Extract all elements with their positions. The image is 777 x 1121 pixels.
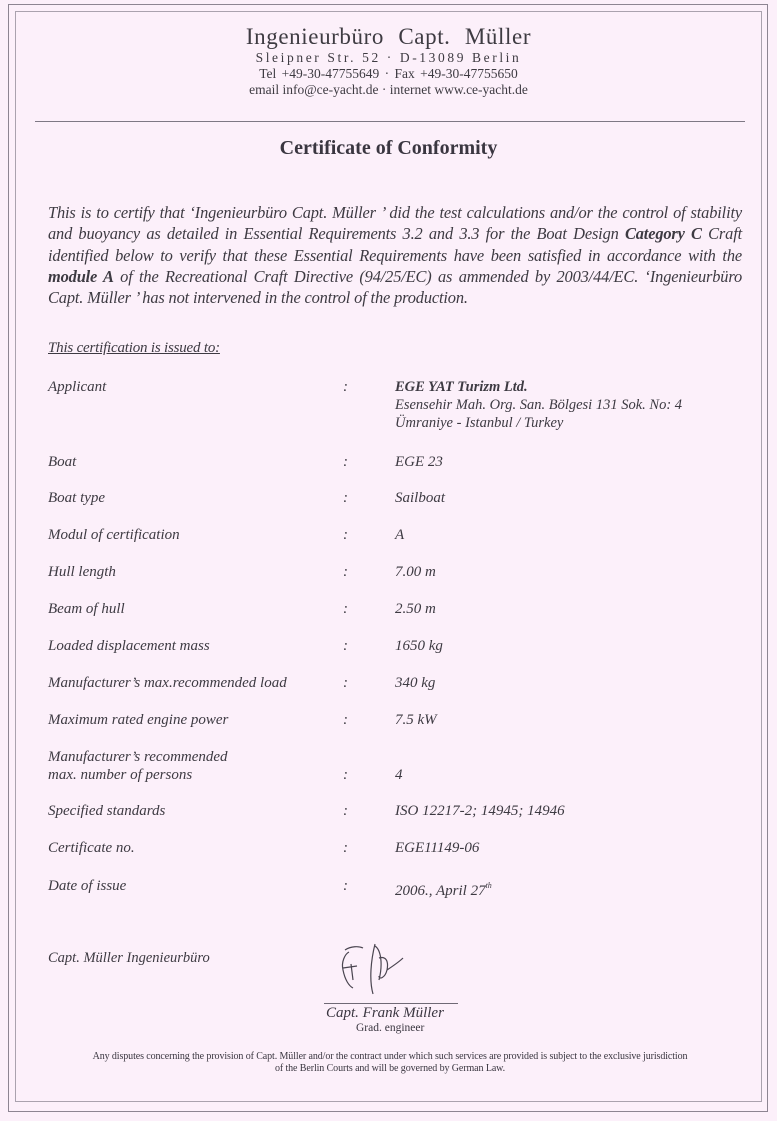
field-value: 1650 kg (395, 637, 443, 655)
statement-text: of the Recreational Craft Directive (94/… (48, 267, 742, 307)
applicant-value: EGE YAT Turizm Ltd. Esensehir Mah. Org. … (395, 378, 682, 432)
field-value-text: A (395, 527, 404, 543)
field-value: 2.50 m (395, 600, 436, 618)
field-separator: : (343, 802, 348, 820)
field-label: Applicant (48, 378, 106, 396)
field-label: Beam of hull (48, 600, 125, 618)
field-label: Hull length (48, 563, 116, 581)
signatory-title: Grad. engineer (356, 1022, 424, 1034)
certification-statement: This is to certify that ‘Ingenieurbüro C… (48, 202, 742, 308)
field-value: Sailboat (395, 489, 445, 507)
letterhead: Ingenieurbüro Capt. Müller Sleipner Str.… (0, 24, 777, 98)
field-label-line: Manufacturer’s recommended (48, 748, 228, 766)
applicant-address-line2: Ümraniye - Istanbul / Turkey (395, 414, 682, 432)
field-value: EGE11149-06 (395, 839, 479, 857)
field-value: 340 kg (395, 674, 435, 692)
issued-to-heading: This certification is issued to: (48, 340, 220, 357)
signatory-company: Capt. Müller Ingenieurbüro (48, 950, 210, 967)
field-separator: : (343, 766, 348, 784)
field-label: Loaded displacement mass (48, 637, 210, 655)
company-phone-fax: Tel +49-30-47755649 · Fax +49-30-4775565… (0, 66, 777, 82)
field-value-text: Sailboat (395, 490, 445, 506)
header-divider (35, 121, 745, 122)
ordinal-suffix: th (486, 881, 492, 890)
field-value: 4 (395, 766, 403, 784)
field-value-text: EGE11149-06 (395, 840, 479, 856)
signatory-name: Capt. Frank Müller (326, 1005, 444, 1022)
field-value: EGE 23 (395, 453, 443, 471)
field-value: A (395, 526, 404, 544)
company-address: Sleipner Str. 52 · D-13089 Berlin (0, 50, 777, 66)
field-value-text: 1650 kg (395, 638, 443, 654)
field-separator: : (343, 839, 348, 857)
field-value: 2006., April 27th (395, 877, 492, 900)
field-label: Specified standards (48, 802, 165, 820)
field-value-text: ISO 12217-2; 14945; 14946 (395, 803, 565, 819)
field-label: Modul of certification (48, 526, 180, 544)
field-separator: : (343, 600, 348, 618)
company-name: Ingenieurbüro Capt. Müller (0, 24, 777, 50)
field-label: Manufacturer’s max.recommended load (48, 674, 287, 692)
field-label: Manufacturer’s recommendedmax. number of… (48, 748, 228, 784)
certification-module: module A (48, 267, 114, 286)
field-separator: : (343, 637, 348, 655)
field-separator: : (343, 674, 348, 692)
field-separator: : (343, 877, 348, 895)
field-separator: : (343, 378, 348, 396)
field-value-text: 7.5 kW (395, 712, 437, 728)
field-separator: : (343, 711, 348, 729)
field-label: Maximum rated engine power (48, 711, 228, 729)
field-separator: : (343, 563, 348, 581)
field-value: ISO 12217-2; 14945; 14946 (395, 802, 565, 820)
field-value-text: 4 (395, 767, 403, 783)
design-category: Category C (625, 224, 702, 243)
field-value-text: 7.00 m (395, 564, 436, 580)
field-label-line: max. number of persons (48, 766, 228, 784)
inner-border (15, 11, 762, 1102)
field-value: 7.5 kW (395, 711, 437, 729)
field-label: Boat type (48, 489, 105, 507)
company-email-web: email info@ce-yacht.de · internet www.ce… (0, 82, 777, 98)
document-title: Certificate of Conformity (0, 137, 777, 160)
applicant-name: EGE YAT Turizm Ltd. (395, 378, 682, 396)
field-label: Certificate no. (48, 839, 135, 857)
applicant-address-line1: Esensehir Mah. Org. San. Bölgesi 131 Sok… (395, 396, 682, 414)
field-separator: : (343, 489, 348, 507)
field-value-text: 2006., April 27 (395, 883, 486, 899)
handwritten-signature (335, 940, 415, 1000)
field-separator: : (343, 526, 348, 544)
field-value-text: EGE 23 (395, 454, 443, 470)
field-label: Boat (48, 453, 76, 471)
disclaimer-line: Any disputes concerning the provision of… (40, 1051, 740, 1063)
legal-disclaimer: Any disputes concerning the provision of… (40, 1051, 740, 1075)
field-label: Date of issue (48, 877, 126, 895)
field-separator: : (343, 453, 348, 471)
field-value-text: 2.50 m (395, 601, 436, 617)
field-value: 7.00 m (395, 563, 436, 581)
signature-line (324, 1003, 458, 1004)
field-value-text: 340 kg (395, 675, 435, 691)
disclaimer-line: of the Berlin Courts and will be governe… (40, 1063, 740, 1075)
